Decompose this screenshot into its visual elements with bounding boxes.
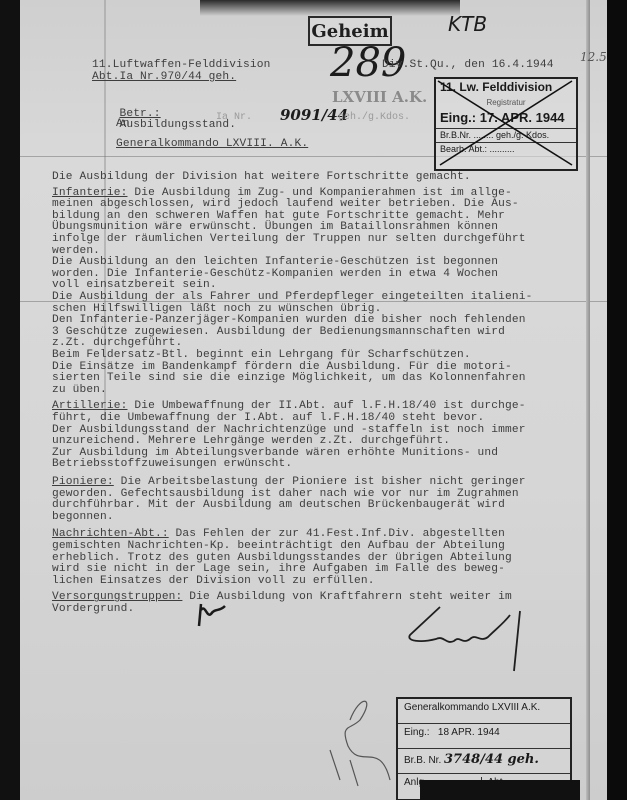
registry-prefix: Ia Nr. bbox=[216, 112, 252, 123]
signature bbox=[400, 605, 540, 675]
document-page: Geheim KTB 289 12.5. 11.Luftwaffen-Feldd… bbox=[20, 0, 608, 800]
handwritten-initial bbox=[195, 600, 235, 630]
sender-unit: 11.Luftwaffen-Felddivision bbox=[92, 60, 270, 72]
stamp-title: Generalkommando LXVIII A.K. bbox=[398, 699, 570, 724]
cross-out-mark bbox=[436, 79, 576, 169]
journal-number: 3748/44 geh. bbox=[444, 752, 539, 767]
to-label: An bbox=[116, 119, 130, 131]
scan-border-right bbox=[607, 0, 627, 800]
body-line: lichen Einsatzes der Division voll zu er… bbox=[52, 576, 375, 588]
body-line: gemischten Nachrichten-Kp. beeinträchtig… bbox=[52, 541, 505, 553]
page-edge bbox=[586, 0, 590, 800]
place-date: Div.St.Qu., den 16.4.1944 bbox=[382, 60, 554, 72]
corps-stamp: LXVIII A.K. bbox=[332, 88, 427, 106]
registry-suffix: geh./g.Kdos. bbox=[338, 112, 410, 123]
journal-label: Br.B. Nr. bbox=[404, 755, 441, 766]
body-line: begonnen. bbox=[52, 512, 114, 524]
division-entry-stamp: 11. Lw. Felddivision Registratur Eing.: … bbox=[434, 77, 578, 171]
body-line: zu üben. bbox=[52, 385, 107, 397]
scan-border-left bbox=[0, 0, 22, 800]
sender-reference: Abt.Ia Nr.970/44 geh. bbox=[92, 72, 236, 84]
received-label: Eing.: bbox=[404, 727, 430, 738]
handwritten-tag: KTB bbox=[448, 12, 487, 36]
body-line: Pioniere: Die Arbeitsbelastung der Pioni… bbox=[52, 477, 526, 489]
body-line: führt, die Umbewaffnung der I.Abt. auf l… bbox=[52, 413, 484, 425]
body-line: durchführbar. Mit der Ausbildung am deut… bbox=[52, 500, 505, 512]
side-note: 12.5. bbox=[580, 50, 608, 64]
top-shadow bbox=[200, 0, 460, 16]
body-line: Betriebsstoffzuweisungen erwünscht. bbox=[52, 459, 292, 471]
body-line: Vordergrund. bbox=[52, 604, 134, 616]
scan-shadow bbox=[420, 780, 580, 800]
body-line: Die Ausbildung der als Fahrer und Pferde… bbox=[52, 292, 532, 304]
recipient: Generalkommando LXVIII. A.K. bbox=[116, 139, 308, 151]
body-line: infolge der räumlichen Verteilung der Tr… bbox=[52, 234, 526, 246]
body-line: Beim Feldersatz-Btl. beginnt ein Lehrgan… bbox=[52, 350, 471, 362]
body-line: sierten Teile sind sie die einzige Mögli… bbox=[52, 373, 526, 385]
received-date: 18 APR. 1944 bbox=[438, 727, 500, 738]
intro-line: Die Ausbildung der Division hat weitere … bbox=[52, 172, 471, 184]
